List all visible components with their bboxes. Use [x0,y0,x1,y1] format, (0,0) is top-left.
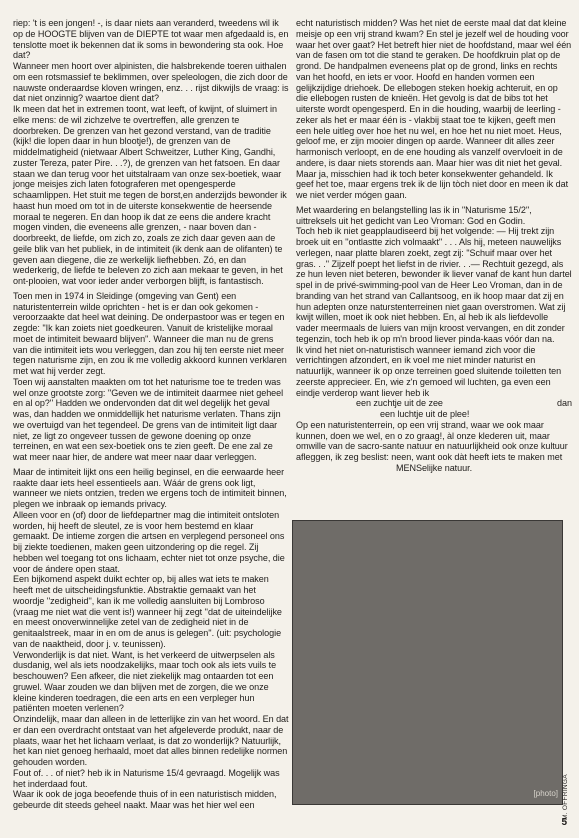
poem-line-2: een luchtje uit de plee! [296,409,572,420]
paragraph-group-2: Met waardering en belangstelling las ik … [296,205,572,474]
final-line: MENSelijke natuur. [296,463,572,474]
paragraph: Toen wij aanstalten maakten om tot het n… [13,377,289,463]
paragraph-group-1: echt naturistisch midden? Was het niet d… [296,18,572,201]
poem-line-1-end: dan [557,398,572,409]
photo-credit: M. OFFRINGA [562,760,569,820]
poem-line-1: een zuchtje uit de zee [356,398,443,409]
left-column: riep: 't is een jongen! -, is daar niets… [13,18,289,815]
paragraph: Op een naturistenterrein, op een vrij st… [296,420,572,463]
paragraph-group-3: Maar de intimiteit lijkt ons een heilig … [13,467,289,811]
paragraph: Verwonderlijk is dat niet. Want, is het … [13,650,289,715]
paragraph: Wanneer men hoort over alpinisten, die h… [13,61,289,104]
paragraph-group-1: riep: 't is een jongen! -, is daar niets… [13,18,289,287]
paragraph: Ik meen dat het in extremen toont, wat l… [13,104,289,287]
paragraph: Een bijkomend aspekt duikt echter op, bi… [13,574,289,649]
right-column: echt naturistisch midden? Was het niet d… [296,18,572,478]
paragraph: Fout of. . . of niet? heb ik in Naturism… [13,768,289,790]
magazine-page: riep: 't is een jongen! -, is daar niets… [0,0,579,838]
photo-placeholder: [photo] [292,520,563,805]
paragraph: Ik vind het niet on-naturistisch wanneer… [296,345,572,399]
paragraph: Met waardering en belangstelling las ik … [296,205,572,227]
paragraph: echt naturistisch midden? Was het niet d… [296,18,572,201]
paragraph-group-2: Toen men in 1974 in Sleidinge (omgeving … [13,291,289,463]
paragraph: Toch heb ik niet geapplaudiseerd bij het… [296,226,572,344]
paragraph: riep: 't is een jongen! -, is daar niets… [13,18,289,61]
paragraph: Toen men in 1974 in Sleidinge (omgeving … [13,291,289,377]
page-number: 5 [561,817,567,828]
paragraph: Waar ik ook de joga beoefende thuis of i… [13,789,289,811]
paragraph: Maar de intimiteit lijkt ons een heilig … [13,467,289,510]
photo-placeholder-label: [photo] [534,789,558,798]
paragraph: Onzindelijk, maar dan alleen in de lette… [13,714,289,768]
paragraph: Alleen voor en (of) door de liefdepartne… [13,510,289,575]
poem: een zuchtje uit de zee dan een luchtje u… [296,398,572,420]
